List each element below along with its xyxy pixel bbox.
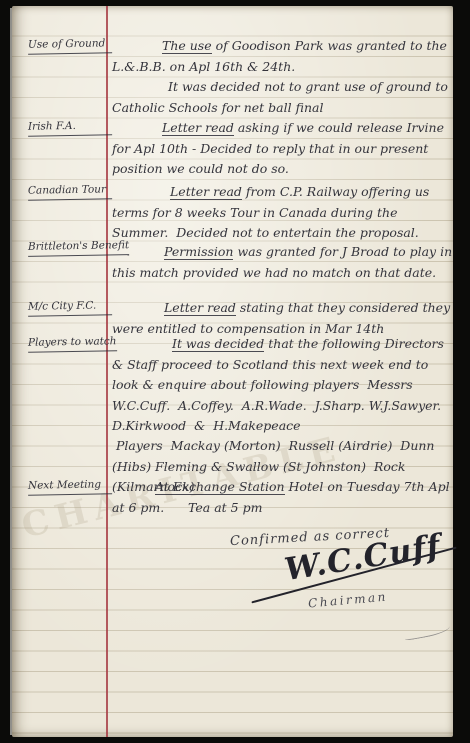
minute-entry-use-of-ground: The use of Goodison Park was granted to … [112,36,453,77]
entry-text: from C.P. Railway offering us terms for … [112,184,433,240]
minute-entry-brittletons-benefit: Permission was granted for J Broad to pl… [112,242,453,283]
underlined-lead: It was decided [172,336,264,352]
page-edge-highlight [10,8,12,735]
underlined-lead: Permission [164,244,233,260]
margin-heading-irish-fa: Irish F.A. [28,119,112,136]
minute-entry-irish-fa: Letter read asking if we could release I… [112,118,453,180]
chairman-title: Chairman [308,590,389,611]
entry-text: It [168,79,178,94]
margin-heading-players-to-watch: Players to watch [28,335,117,353]
ledger-page: CHARITABLE Use of Ground Irish F.A. Cana… [12,6,453,737]
margin-rule-line [106,6,108,737]
scan-frame: CHARITABLE Use of Ground Irish F.A. Cana… [0,0,470,743]
underlined-lead: Letter read [162,120,234,136]
entry-text: that the following Directors & Staff pro… [112,336,449,433]
underlined-lead: Letter read [170,184,242,200]
underlined-lead: At Exchange Station [155,479,285,495]
underlined-lead: Letter read [164,300,236,316]
underlined-lead: The use [162,38,212,54]
stray-pen-mark [403,622,450,641]
minute-entry-canadian-tour: Letter read from C.P. Railway offering u… [112,182,453,244]
margin-heading-use-of-ground: Use of Ground [28,37,112,54]
entry-text: was decided not to grant use of ground t… [112,79,452,115]
minute-entry-catholic-schools: It was decided not to grant use of groun… [112,77,453,118]
margin-heading-canadian-tour: Canadian Tour [28,183,112,200]
margin-heading-mc-city-fc: M/c City F.C. [28,299,112,316]
minute-entry-next-meeting: At Exchange Station Hotel on Tuesday 7th… [112,477,453,518]
minute-entry-players-to-watch: It was decided that the following Direct… [112,334,453,437]
margin-heading-next-meeting: Next Meeting [28,478,112,495]
minute-entry-mc-city: Letter read stating that they considered… [112,298,453,339]
